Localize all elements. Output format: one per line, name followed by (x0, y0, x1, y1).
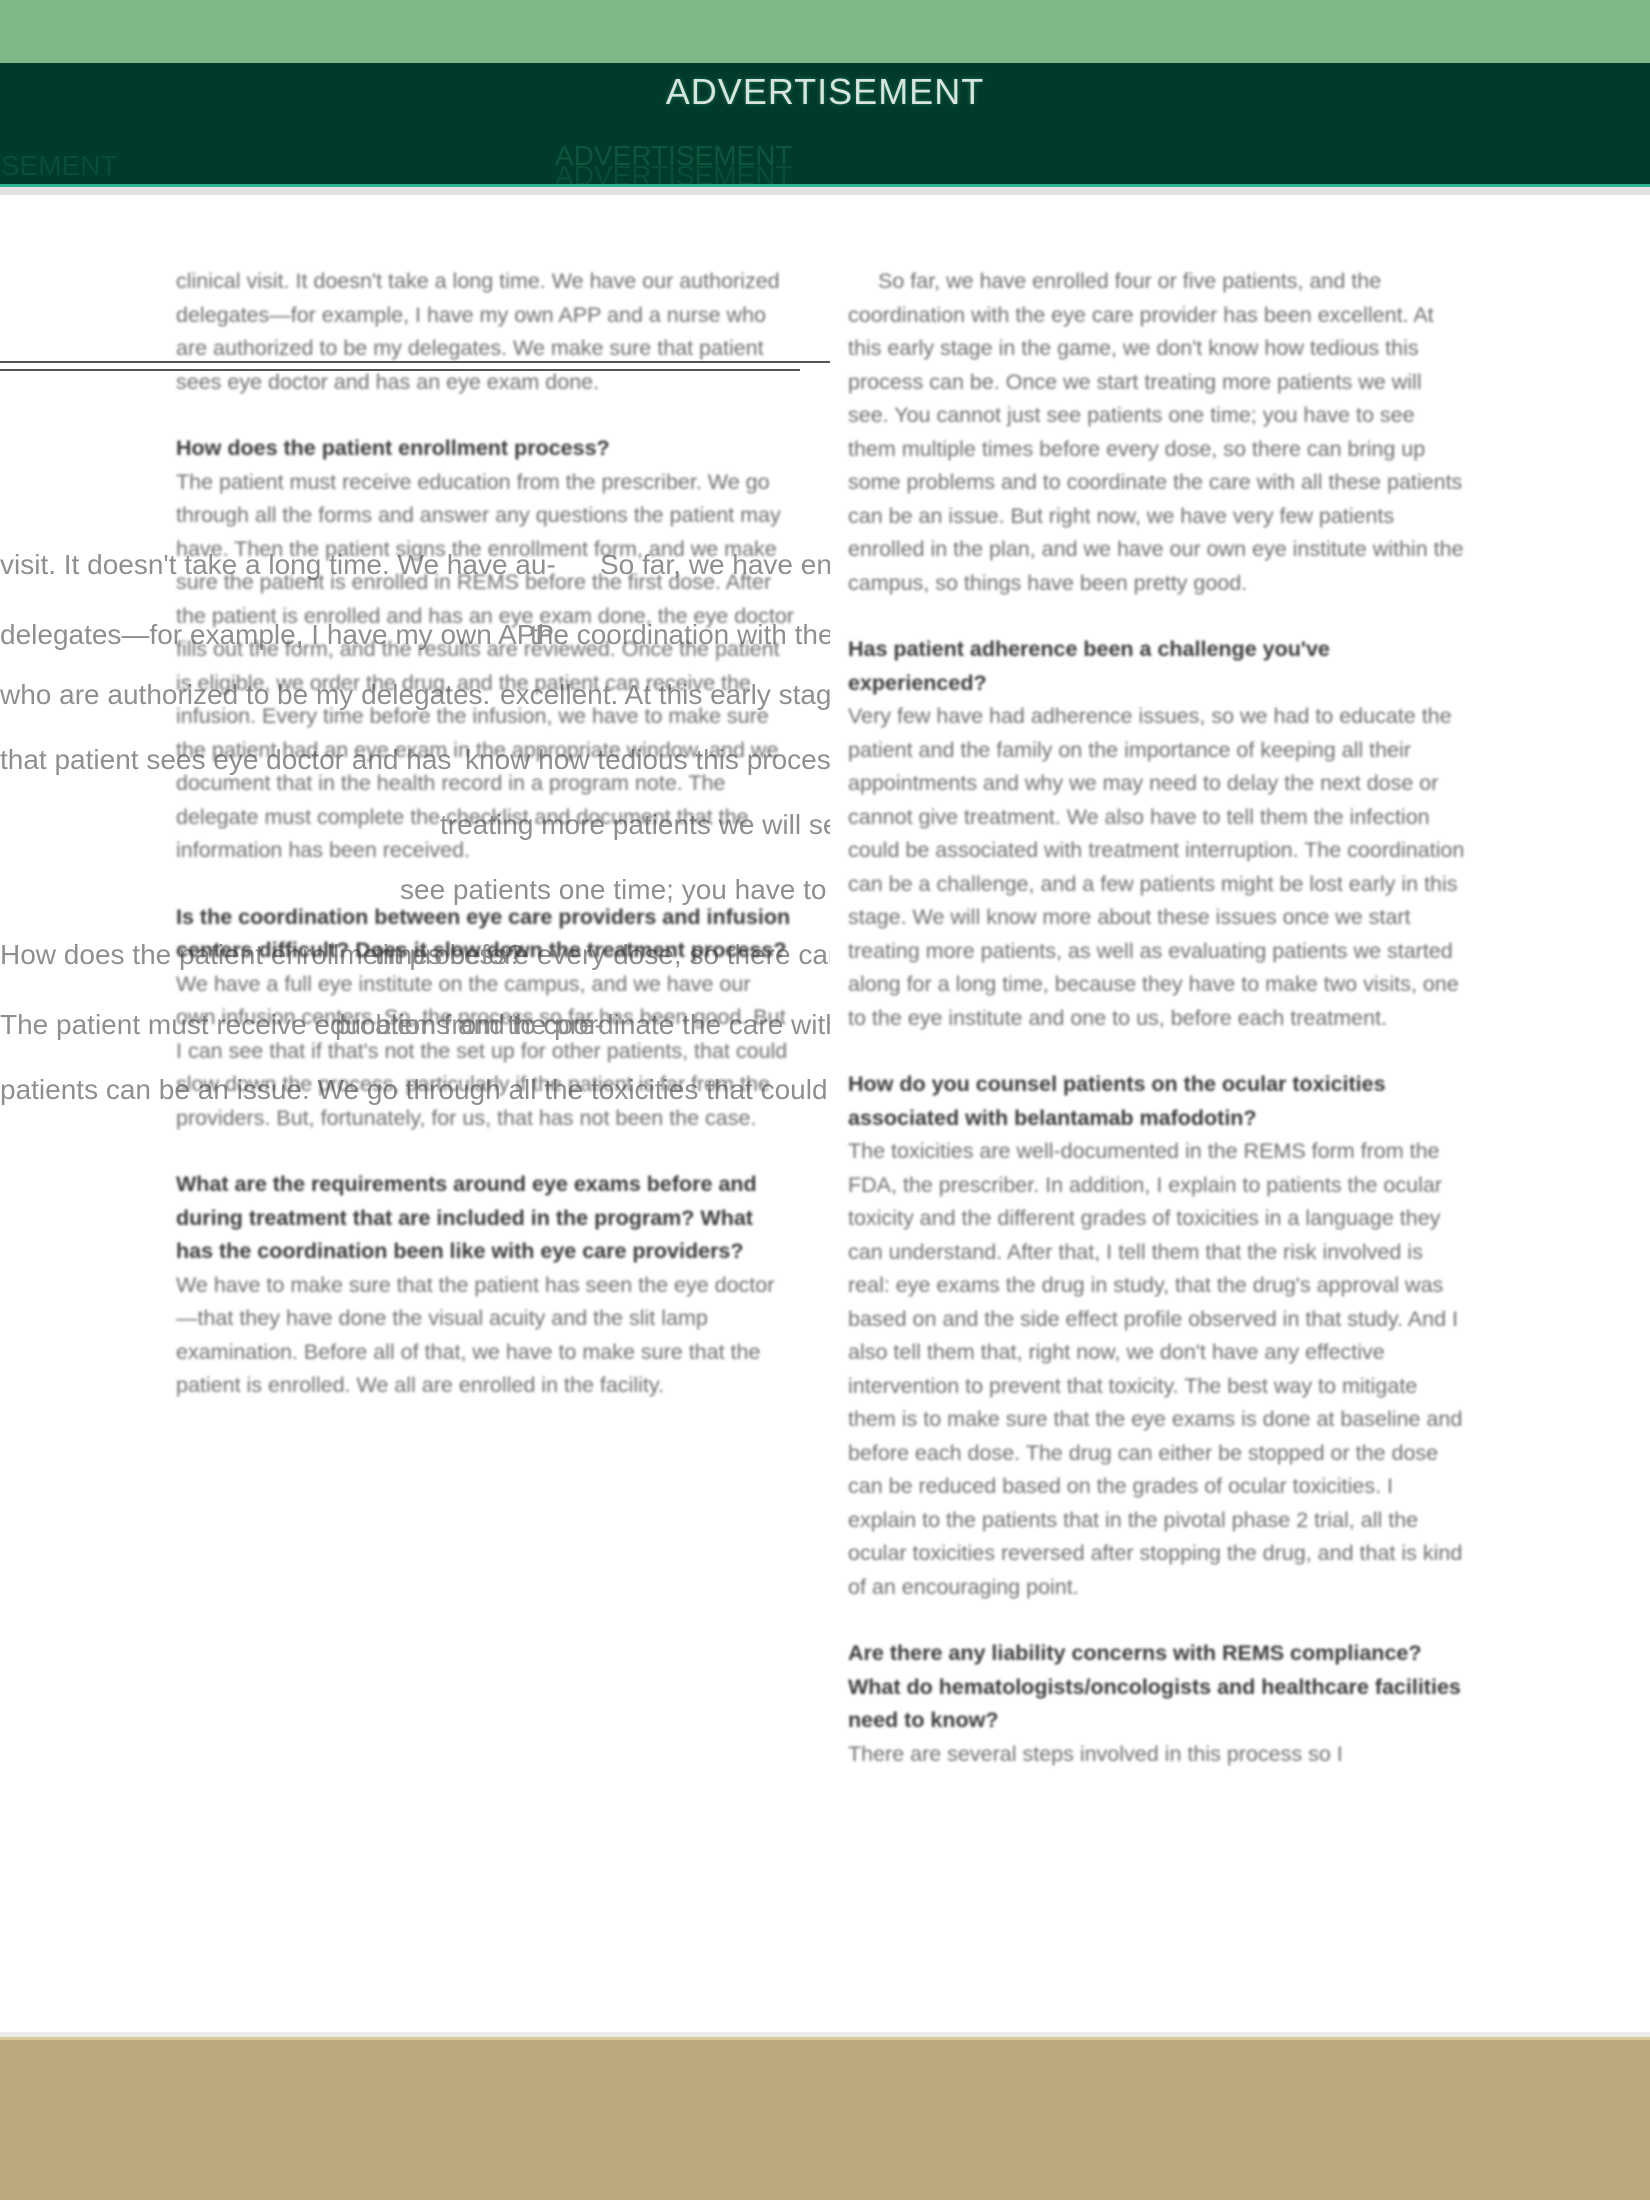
section-heading: Has patient adherence been a challenge y… (848, 633, 1466, 700)
overlay-text: the coordination with the eye care provi… (530, 620, 830, 650)
article-right-column: So far, we have enrolled four or five pa… (848, 265, 1466, 1804)
paragraph: We have to make sure that the patient ha… (176, 1269, 794, 1403)
overlay-text: treating more patients we will see. You … (440, 810, 830, 840)
overlay-text: times before every dose, so there can br… (375, 940, 830, 970)
section-heading: What are the requirements around eye exa… (176, 1168, 794, 1269)
paragraph: The toxicities are well-documented in th… (848, 1135, 1466, 1604)
paragraph: Very few have had adherence issues, so w… (848, 700, 1466, 1035)
overlay-text: patients can be an issue. We go through … (0, 1075, 828, 1105)
paragraph: There are several steps involved in this… (848, 1738, 1466, 1772)
section-heading: Are there any liability concerns with RE… (848, 1637, 1466, 1738)
overlay-text: who are authorized to be my delegates. (0, 680, 490, 710)
footer-tan-band (0, 2037, 1650, 2200)
glitch-text-overlay: visit. It doesn't take a long time. We h… (0, 520, 830, 1110)
ghost-advertisement-label: ADVERTISEMENT (0, 153, 118, 179)
overlay-text: that patient sees eye doctor and has (0, 745, 451, 775)
advertisement-bar[interactable]: ADVERTISEMENT ADVERTISEMENT ADVERTISEMEN… (0, 63, 1650, 184)
divider-line (0, 369, 800, 371)
overlay-text: see patients one time; you have to see t… (400, 875, 830, 905)
paragraph: So far, we have enrolled four or five pa… (848, 265, 1466, 600)
section-heading: How does the patient enrollment process? (176, 432, 794, 466)
advertisement-shadow (0, 187, 1650, 195)
paragraph: clinical visit. It doesn't take a long t… (176, 265, 794, 399)
overlay-text: know how tedious this process can be. On… (465, 745, 830, 775)
advertisement-label: ADVERTISEMENT (0, 71, 1650, 113)
overlay-text: delegates—for example, I have my own APP (0, 620, 554, 650)
divider-line (0, 361, 830, 363)
top-green-band (0, 0, 1650, 63)
section-heading: How do you counsel patients on the ocula… (848, 1068, 1466, 1135)
overlay-text: So far, we have enrolled four or five pa… (600, 550, 830, 580)
overlay-text: excellent. At this early stage in the ga… (500, 680, 830, 710)
overlay-text: problems and to coordinate the care with… (335, 1010, 830, 1040)
overlay-text: visit. It doesn't take a long time. We h… (0, 550, 556, 580)
